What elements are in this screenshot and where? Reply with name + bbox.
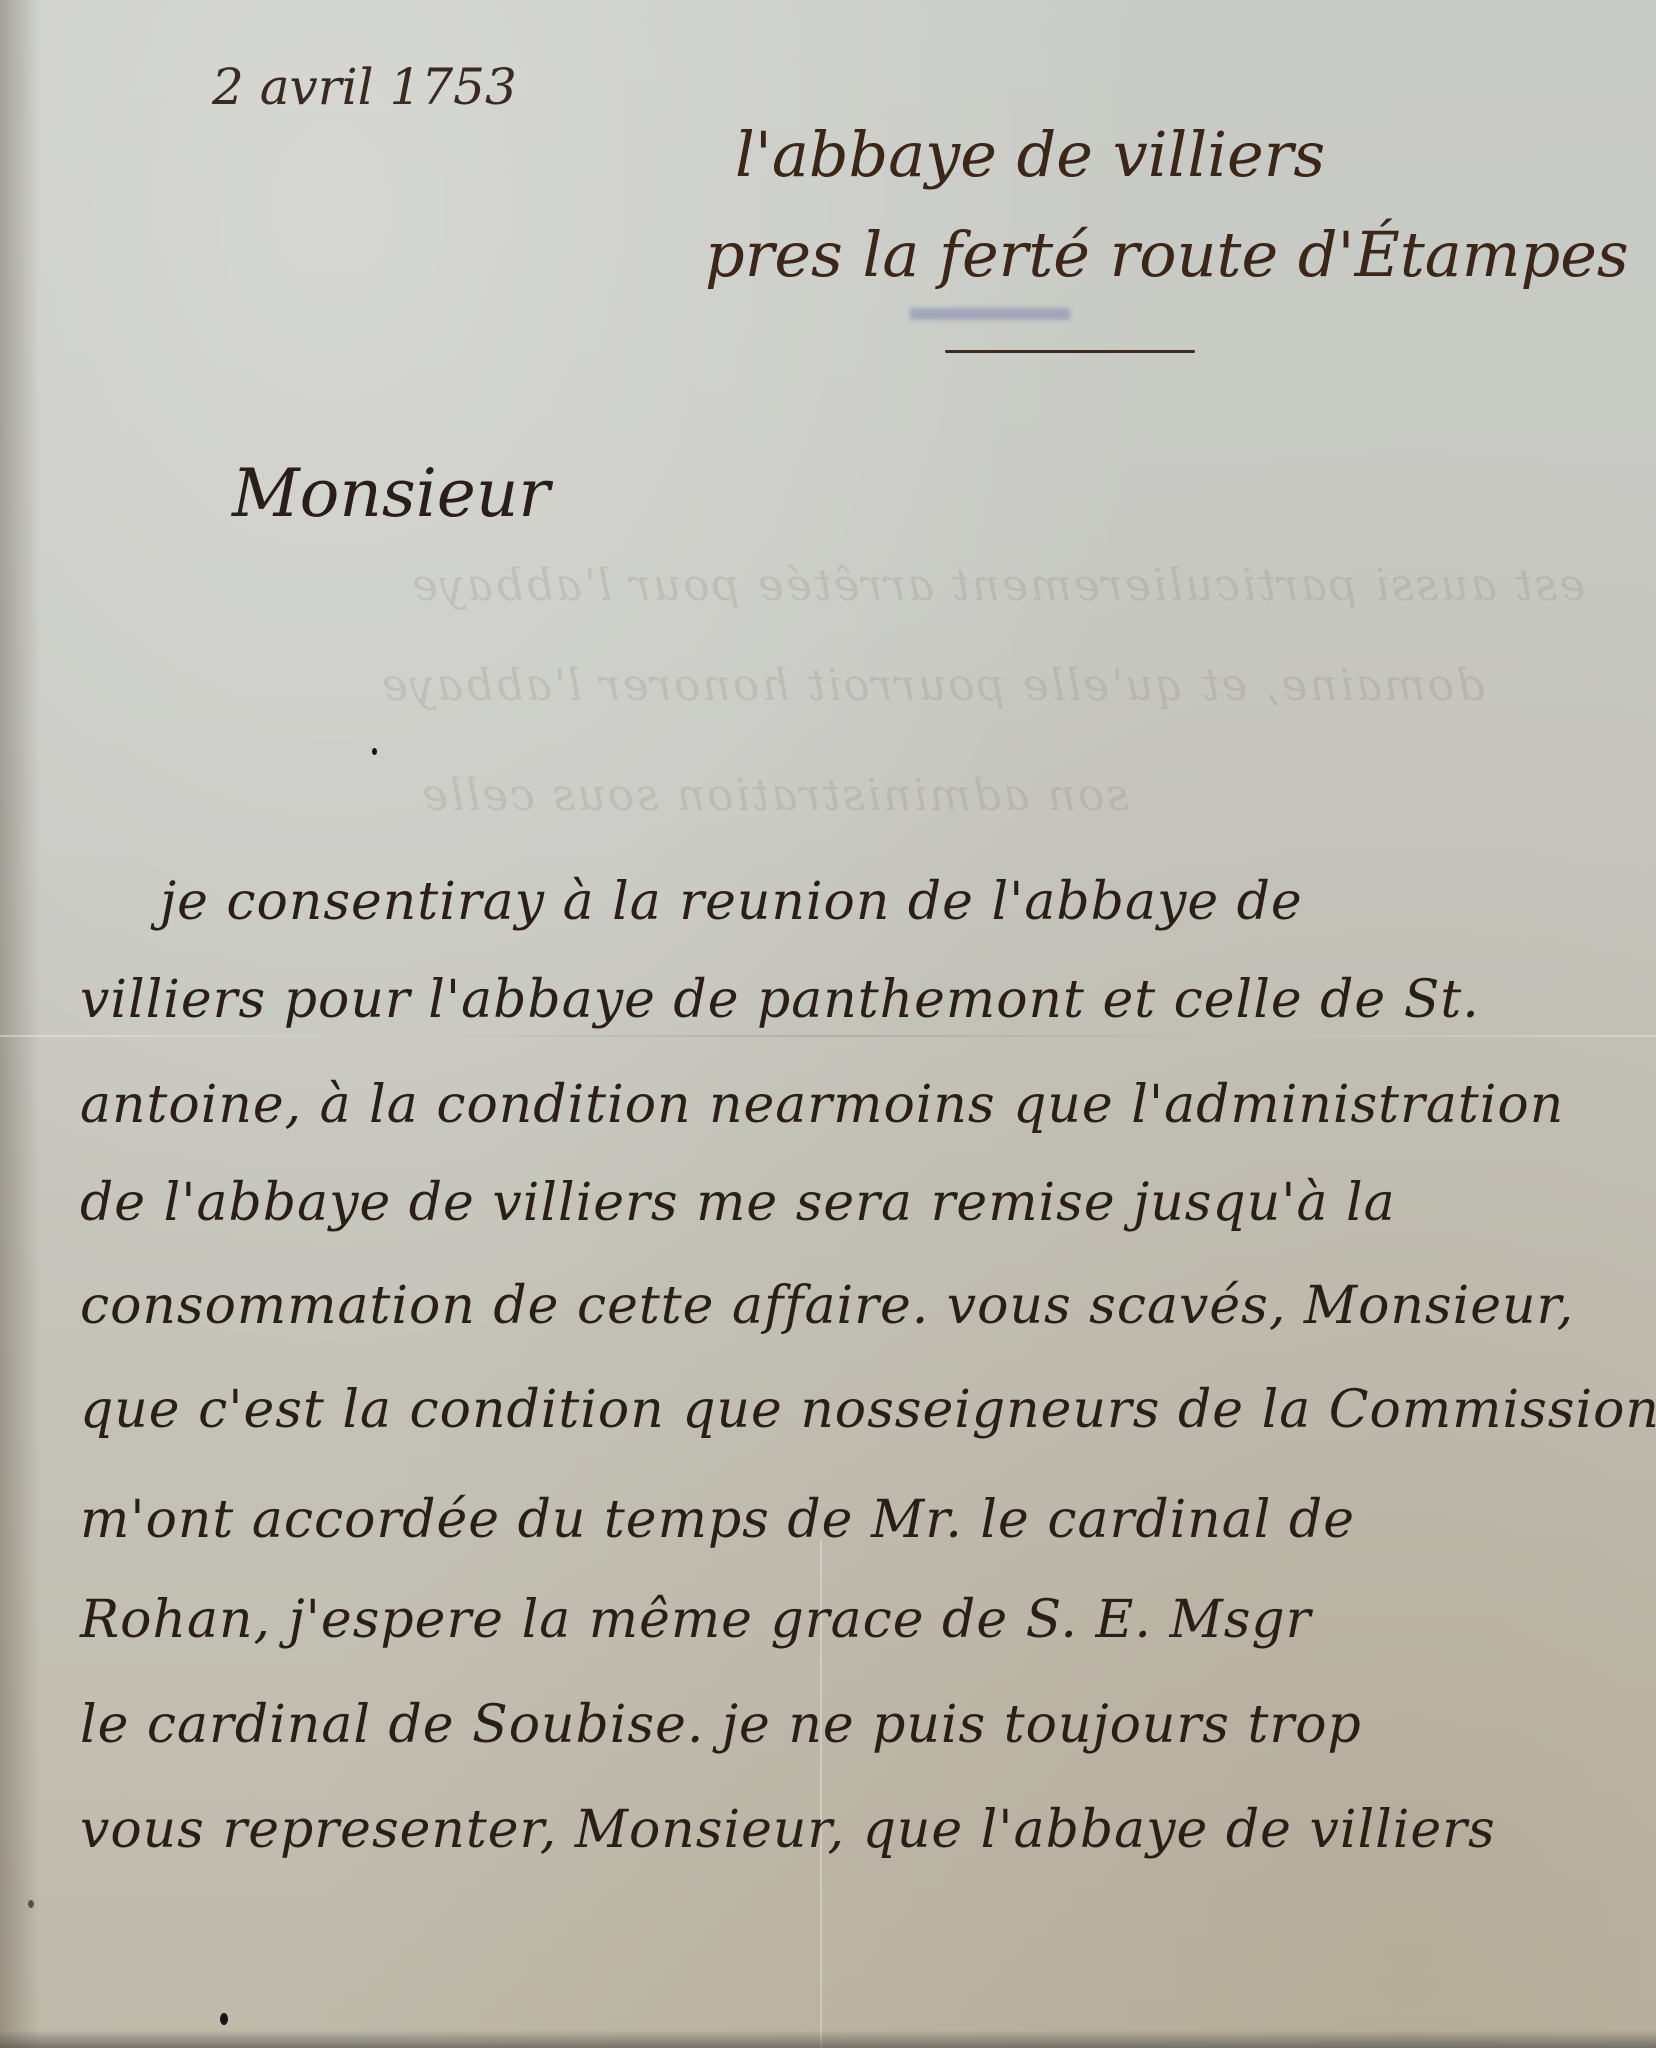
body-line: villiers pour l'abbaye de panthemont et … <box>80 970 1480 1030</box>
address-line-2: pres la ferté route d'Étampes <box>705 218 1629 291</box>
body-line: Rohan, j'espere la même grace de S. E. M… <box>80 1590 1312 1650</box>
address-underline <box>945 350 1195 353</box>
letter-date: 2 avril 1753 <box>212 58 517 116</box>
ink-spot <box>372 748 377 755</box>
body-line: vous representer, Monsieur, que l'abbaye… <box>80 1800 1496 1860</box>
address-line-1: l'abbaye de villiers <box>735 118 1325 191</box>
bleed-through-text: est aussi particulierement arrêtée pour … <box>410 560 1585 611</box>
body-line: le cardinal de Soubise. je ne puis toujo… <box>80 1695 1362 1755</box>
blue-pencil-mark <box>910 308 1070 320</box>
ink-spot <box>220 2013 228 2025</box>
bleed-through-text: son administration sous celle <box>420 770 1129 821</box>
body-line: que c'est la condition que nosseigneurs … <box>80 1380 1656 1440</box>
salutation: Monsieur <box>232 455 550 532</box>
body-line: antoine, à la condition nearmoins que l'… <box>80 1075 1564 1135</box>
bleed-through-text: domaine, et qu'elle pourroit honorer l'a… <box>380 660 1484 711</box>
letter-page: est aussi particulierement arrêtée pour … <box>0 0 1656 2048</box>
body-line: m'ont accordée du temps de Mr. le cardin… <box>80 1490 1355 1550</box>
body-line: je consentiray à la reunion de l'abbaye … <box>160 872 1303 932</box>
paper-fold-horizontal <box>0 1035 1656 1037</box>
body-line: de l'abbaye de villiers me sera remise j… <box>80 1173 1396 1233</box>
ink-spot <box>28 1900 34 1908</box>
body-line: consommation de cette affaire. vous scav… <box>80 1276 1574 1336</box>
